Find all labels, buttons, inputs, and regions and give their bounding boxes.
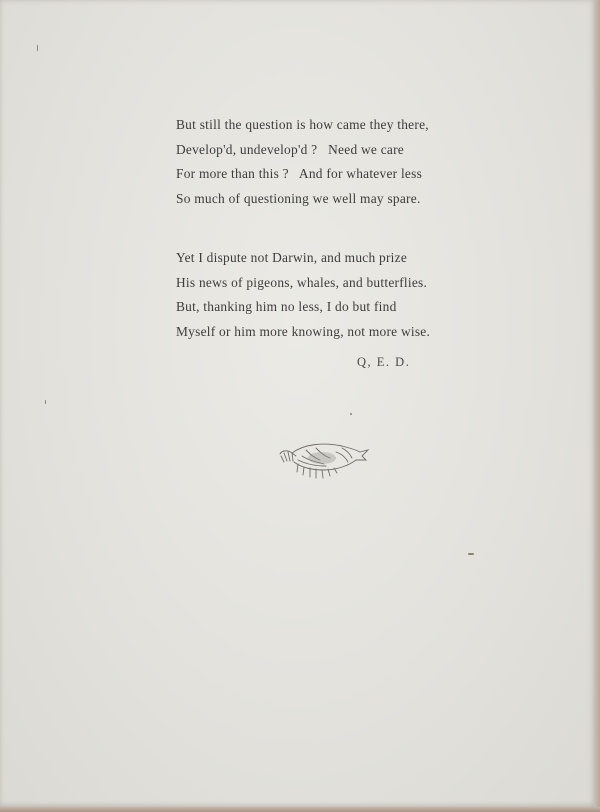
stanza-2: Yet I dispute not Darwin, and much prize… bbox=[176, 246, 430, 344]
poem-line: His news of pigeons, whales, and butterf… bbox=[176, 271, 430, 296]
stanza-1: But still the question is how came they … bbox=[176, 113, 429, 211]
poem-line: But, thanking him no less, I do but find bbox=[176, 295, 430, 320]
poem-line: For more than this ? And for whatever le… bbox=[176, 162, 429, 187]
poem-line: So much of questioning we well may spare… bbox=[176, 187, 429, 212]
book-page: But still the question is how came they … bbox=[0, 0, 596, 808]
poem-line: Yet I dispute not Darwin, and much prize bbox=[176, 246, 430, 271]
paper-speck bbox=[37, 45, 38, 51]
paper-speck bbox=[350, 413, 352, 415]
page-edge-bottom bbox=[0, 807, 600, 812]
page-edge-right bbox=[594, 0, 600, 812]
paper-speck bbox=[468, 553, 474, 555]
poem-line: Develop'd, undevelop'd ? Need we care bbox=[176, 138, 429, 163]
poem-line: Myself or him more knowing, not more wis… bbox=[176, 320, 430, 345]
paper-speck bbox=[45, 400, 46, 404]
poem-line: But still the question is how came they … bbox=[176, 113, 429, 138]
signature: Q, E. D. bbox=[357, 355, 410, 370]
conch-shell-icon bbox=[276, 440, 372, 484]
